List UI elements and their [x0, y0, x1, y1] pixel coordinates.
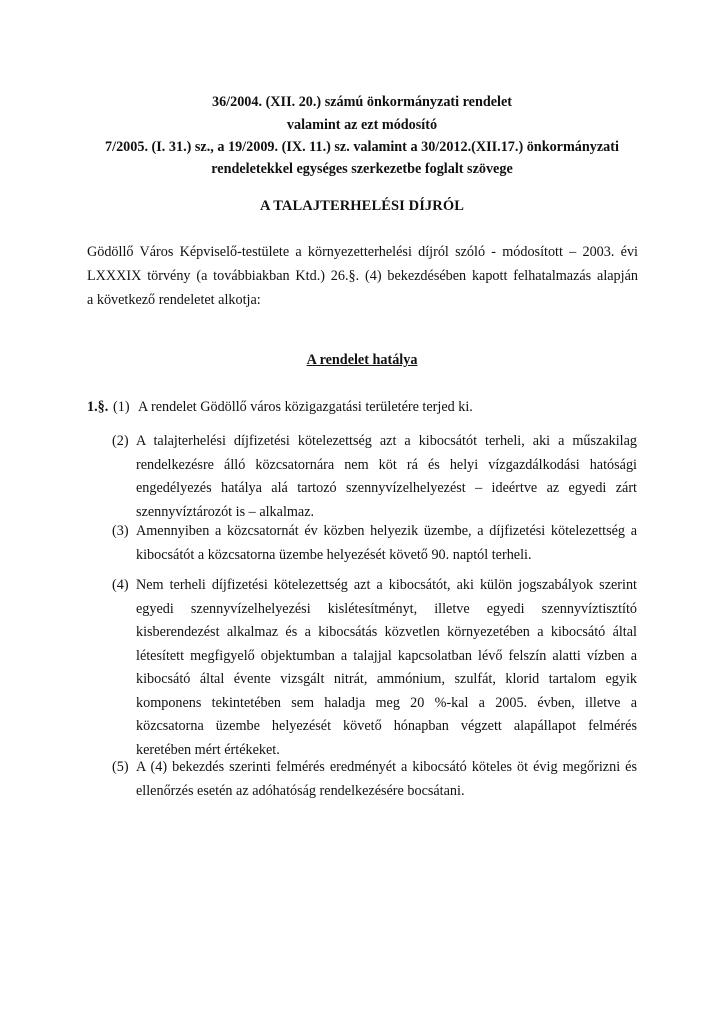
- preamble-line: Gödöllő Város Képviselő-testülete a körn…: [87, 240, 638, 264]
- paragraph-line: ellenőrzés esetén az adóhatóság rendelke…: [136, 780, 637, 804]
- paragraph-label: (4): [112, 574, 129, 598]
- section-heading: A rendelet hatálya: [87, 352, 637, 369]
- document-page: 36/2004. (XII. 20.) számú önkormányzati …: [0, 0, 724, 1024]
- paragraph-line: A talajterhelési díjfizetési kötelezetts…: [136, 430, 637, 454]
- section-number: 1.§.: [87, 396, 108, 420]
- paragraph-line: kibocsátót a közcsatorna üzembe helyezés…: [136, 544, 637, 568]
- header-line-4: rendeletekkel egységes szerkezetbe fogla…: [87, 159, 637, 180]
- preamble: Gödöllő Város Képviselő-testülete a körn…: [87, 240, 638, 312]
- paragraph-label: (5): [112, 756, 129, 780]
- preamble-line: a következő rendeletet alkotja:: [87, 288, 638, 312]
- preamble-line: LXXXIX törvény (a továbbiakban Ktd.) 26.…: [87, 264, 638, 288]
- paragraph-line: rendelkezésre álló közcsatornára nem köt…: [136, 454, 637, 478]
- paragraph-line: Nem terheli díjfizetési kötelezettség az…: [136, 574, 637, 598]
- paragraph-line: A rendelet Gödöllő város közigazgatási t…: [138, 396, 637, 420]
- document-title: A TALAJTERHELÉSI DÍJRÓL: [87, 198, 637, 215]
- paragraph-label: (2): [112, 430, 129, 454]
- paragraph-line: egyedi szennyvízelhelyezési kislétesítmé…: [136, 598, 637, 622]
- header-line-2: valamint az ezt módosító: [87, 115, 637, 136]
- paragraph-line: A (4) bekezdés szerinti felmérés eredmén…: [136, 756, 637, 780]
- paragraph-line: komponens tekintetében sem haladja meg 2…: [136, 692, 637, 716]
- header-line-3: 7/2005. (I. 31.) sz., a 19/2009. (IX. 11…: [87, 137, 637, 158]
- paragraph-line: létesített megfigyelő objektumban a tala…: [136, 645, 637, 669]
- paragraph-label: (1): [113, 396, 130, 420]
- paragraph-label: (3): [112, 520, 129, 544]
- paragraph-line: Amennyiben a közcsatornát év közben hely…: [136, 520, 637, 544]
- paragraph-line: kibocsátó által évente vizsgált nitrát, …: [136, 668, 637, 692]
- header-line-1: 36/2004. (XII. 20.) számú önkormányzati …: [87, 92, 637, 113]
- paragraph-line: közcsatorna üzembe helyezését követő hón…: [136, 715, 637, 739]
- paragraph-line: kisberendezést alkalmaz és a kibocsátás …: [136, 621, 637, 645]
- paragraph-line: engedélyezés hatálya alá tartozó szennyv…: [136, 477, 637, 501]
